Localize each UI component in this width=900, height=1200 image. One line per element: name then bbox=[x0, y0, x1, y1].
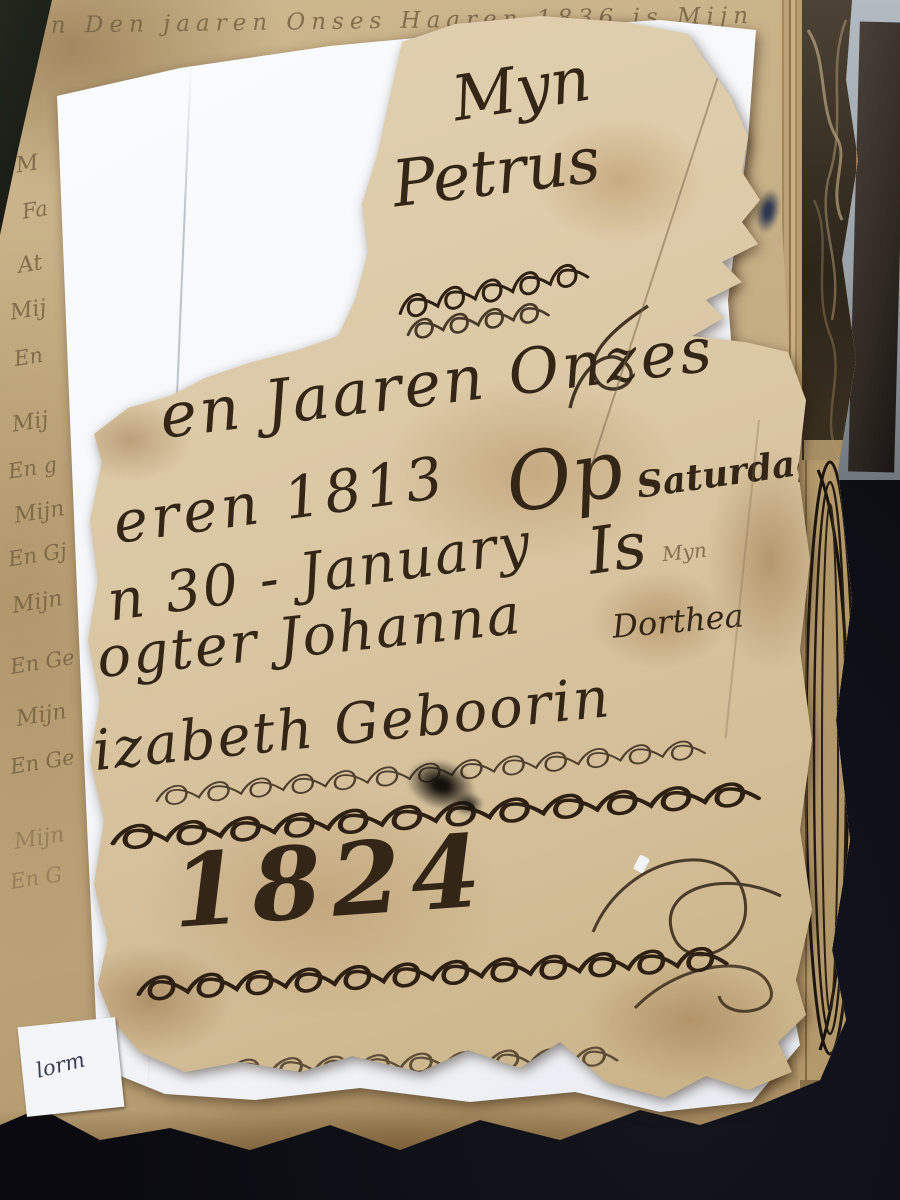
handwritten-word-myn: Myn bbox=[447, 42, 595, 136]
ink-blot bbox=[452, 792, 484, 816]
manuscript-fragment: Myn Petrus en Jaaren Onzes eren 1813 Op … bbox=[0, 0, 900, 1200]
handwritten-word-myn-small: Myn bbox=[661, 538, 708, 567]
fragment-wrap: Myn Petrus en Jaaren Onzes eren 1813 Op … bbox=[0, 0, 900, 1200]
flourish-loops bbox=[221, 1031, 622, 1085]
handwritten-year-1824: 1824 bbox=[168, 811, 494, 951]
photo-of-antique-register: En Den jaaren Onses Haaren 1836 is Mijn … bbox=[0, 0, 900, 1200]
handwritten-word-saturdag: Saturdag bbox=[634, 439, 823, 506]
garland-flourish-faint bbox=[221, 1031, 622, 1085]
swirl-flourish bbox=[585, 812, 800, 1026]
handwritten-word-petrus: Petrus bbox=[388, 124, 604, 223]
handwritten-word-dorthea: Dorthea bbox=[611, 596, 746, 645]
handwritten-word-is: Is bbox=[583, 508, 651, 589]
label-slip-text: lorm bbox=[34, 1047, 88, 1082]
label-slip: lorm bbox=[18, 1017, 125, 1117]
